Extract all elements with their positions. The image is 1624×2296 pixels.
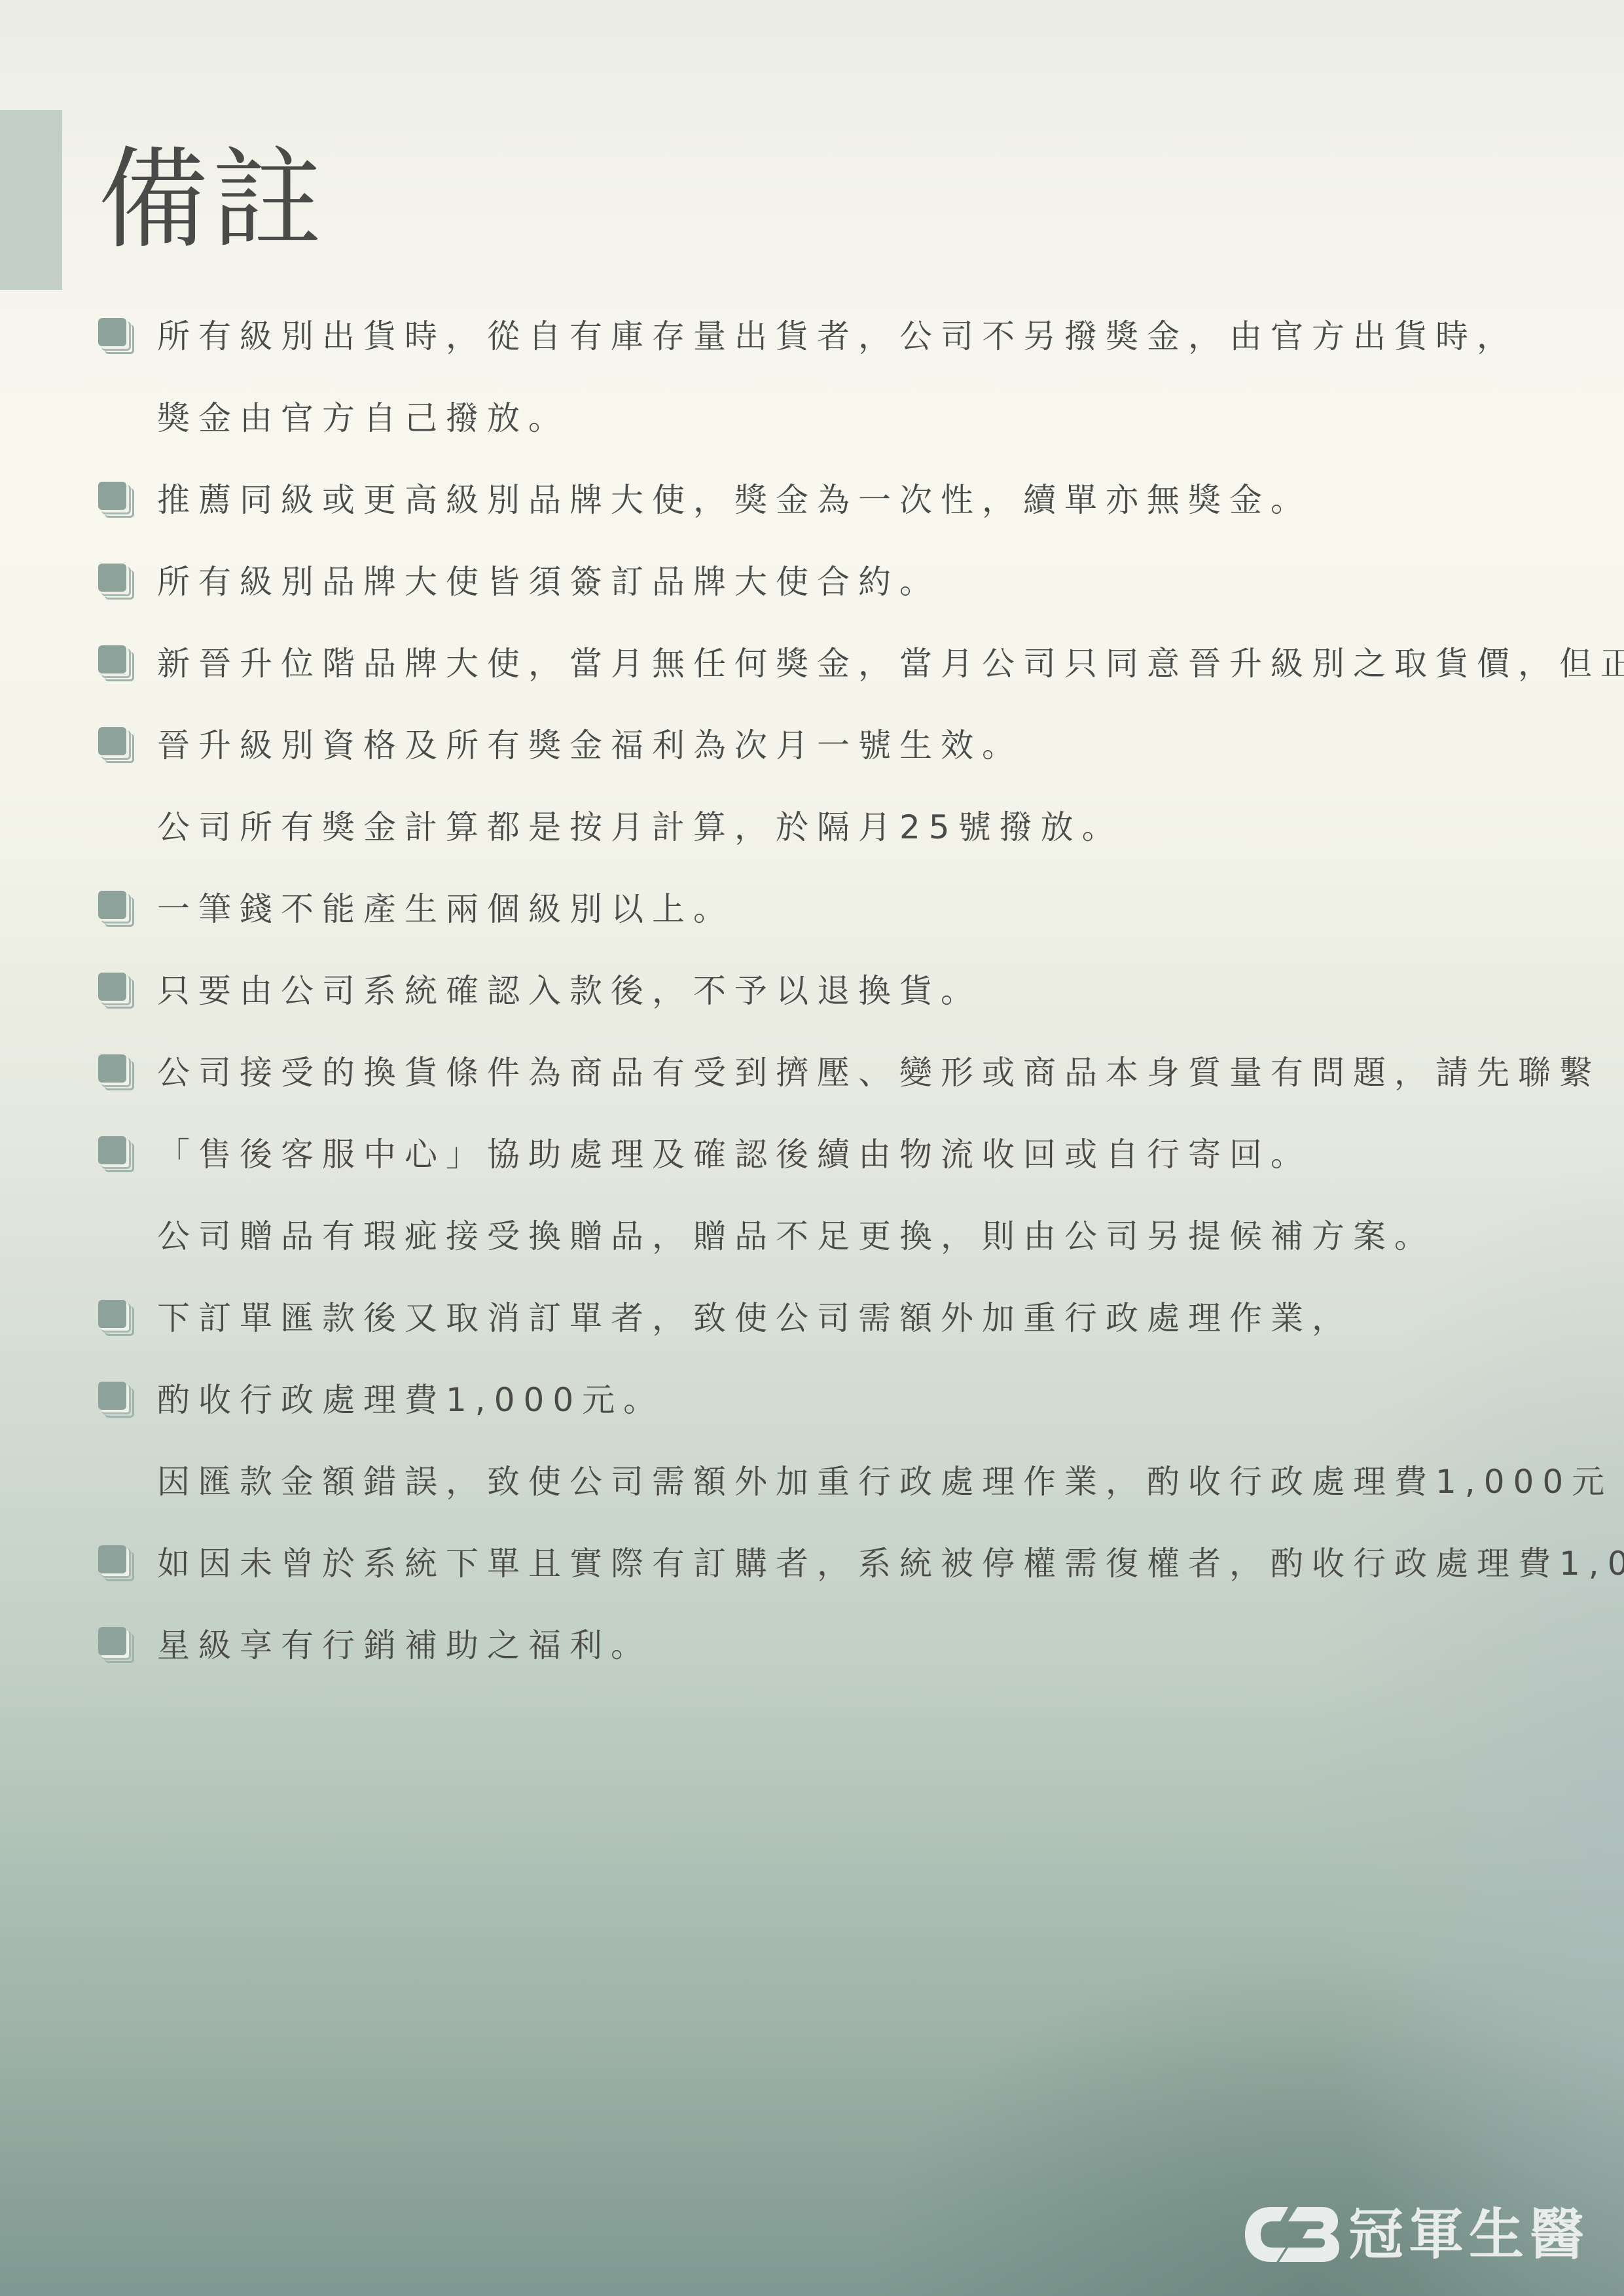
stacked-square-icon [98,1300,135,1336]
note-text: 晉升級別資格及所有獎金福利為次月一號生效。 [157,726,1023,765]
stacked-square-icon [98,564,135,600]
note-text: 因匯款金額錯誤，致使公司需額外加重行政處理作業，酌收行政處理費1,000元 [157,1462,1613,1501]
note-text: 推薦同級或更高級別品牌大使，獎金為一次性，續單亦無獎金。 [157,480,1312,520]
cb-logo-icon [1242,2204,1341,2265]
note-text: 酌收行政處理費1,000元。 [157,1380,664,1420]
note-item: 公司接受的換貨條件為商品有受到擠壓、變形或商品本身質量有問題，請先聯繫 [0,1032,1624,1114]
note-item: 星級享有行銷補助之福利。 [0,1605,1624,1687]
note-text: 只要由公司系統確認入款後，不予以退換貨。 [157,971,982,1011]
brand-logo: 冠軍生醫 [1242,2204,1589,2265]
accent-side-bar [0,110,62,290]
note-item: 酌收行政處理費1,000元。 [0,1359,1624,1441]
note-item: 新晉升位階品牌大使，當月無任何獎金，當月公司只同意晉升級別之取貨價，但正式 [0,623,1624,705]
stacked-square-icon [98,482,135,518]
note-text: 一筆錢不能產生兩個級別以上。 [157,889,734,929]
note-item: 一筆錢不能產生兩個級別以上。 [0,869,1624,950]
stacked-square-icon [98,1382,135,1418]
page-title: 備註 [98,134,326,265]
note-item: 所有級別品牌大使皆須簽訂品牌大使合約。 [0,541,1624,623]
note-item: 只要由公司系統確認入款後，不予以退換貨。 [0,950,1624,1032]
note-text: 公司贈品有瑕疵接受換贈品，贈品不足更換，則由公司另提候補方案。 [157,1217,1435,1256]
note-item: 獎金由官方自己撥放。 [0,378,1624,459]
note-item: 因匯款金額錯誤，致使公司需額外加重行政處理作業，酌收行政處理費1,000元 [0,1441,1624,1523]
note-text: 獎金由官方自己撥放。 [157,399,569,438]
stacked-square-icon [98,318,135,355]
note-item: 公司贈品有瑕疵接受換贈品，贈品不足更換，則由公司另提候補方案。 [0,1196,1624,1278]
note-item: 推薦同級或更高級別品牌大使，獎金為一次性，續單亦無獎金。 [0,459,1624,541]
note-text: 新晉升位階品牌大使，當月無任何獎金，當月公司只同意晉升級別之取貨價，但正式 [157,644,1624,683]
stacked-square-icon [98,891,135,927]
note-text: 星級享有行銷補助之福利。 [157,1626,652,1665]
note-text: 公司接受的換貨條件為商品有受到擠壓、變形或商品本身質量有問題，請先聯繫 [157,1053,1600,1092]
note-text: 下訂單匯款後又取消訂單者，致使公司需額外加重行政處理作業， [157,1299,1353,1338]
stacked-square-icon [98,973,135,1009]
stacked-square-icon [98,1136,135,1173]
stacked-square-icon [98,727,135,764]
note-item: 晉升級別資格及所有獎金福利為次月一號生效。 [0,705,1624,787]
note-text: 所有級別出貨時，從自有庫存量出貨者，公司不另撥獎金，由官方出貨時， [157,317,1518,356]
note-item: 如因未曾於系統下單且實際有訂購者，系統被停權需復權者，酌收行政處理費1,000元… [0,1523,1624,1605]
brand-name: 冠軍生醫 [1348,2204,1589,2265]
stacked-square-icon [98,645,135,682]
note-item: 所有級別出貨時，從自有庫存量出貨者，公司不另撥獎金，由官方出貨時， [0,296,1624,378]
note-text: 「售後客服中心」協助處理及確認後續由物流收回或自行寄回。 [157,1135,1312,1174]
note-text: 如因未曾於系統下單且實際有訂購者，系統被停權需復權者，酌收行政處理費1,000元… [157,1544,1624,1583]
note-item: 下訂單匯款後又取消訂單者，致使公司需額外加重行政處理作業， [0,1278,1624,1359]
note-item: 「售後客服中心」協助處理及確認後續由物流收回或自行寄回。 [0,1114,1624,1196]
note-text: 所有級別品牌大使皆須簽訂品牌大使合約。 [157,562,941,601]
note-item: 公司所有獎金計算都是按月計算，於隔月25號撥放。 [0,787,1624,869]
stacked-square-icon [98,1054,135,1091]
stacked-square-icon [98,1627,135,1664]
note-text: 公司所有獎金計算都是按月計算，於隔月25號撥放。 [157,808,1123,847]
stacked-square-icon [98,1545,135,1582]
